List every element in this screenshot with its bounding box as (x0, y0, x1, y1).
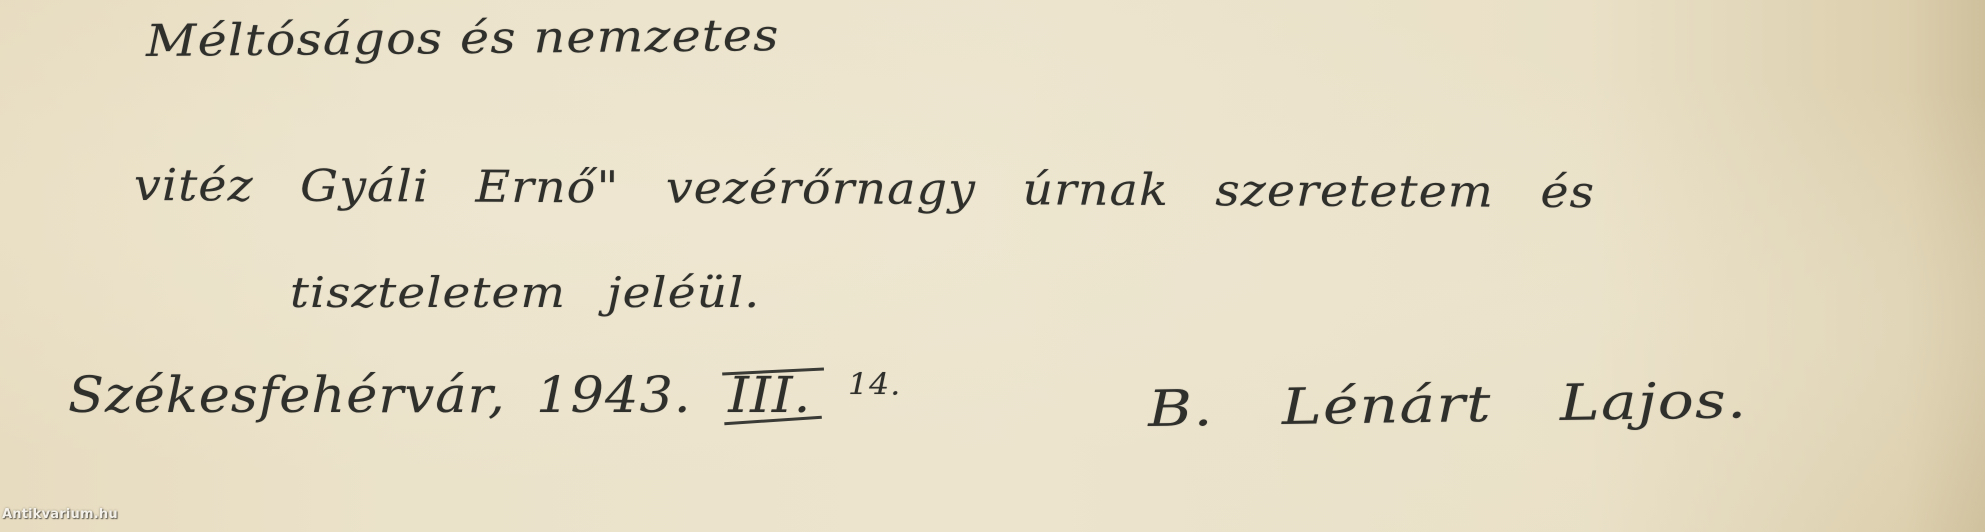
month-roman-numeral: III. (722, 366, 818, 424)
salutation-line: Méltóságos és nemzetes (146, 10, 780, 67)
watermark-logo: Antikvarium.hu (2, 507, 118, 522)
dedication-recipient-line: vitéz Gyáli Ernő" vezérőrnagy úrnak szer… (134, 160, 1595, 218)
year: 1943. (536, 366, 692, 424)
place-name: Székesfehérvár, (68, 366, 506, 424)
dedication-closing-line: tiszteletem jeléül. (290, 268, 760, 317)
place-date-line: Székesfehérvár, 1943. III. 14. (68, 366, 901, 424)
aged-paper-background (0, 0, 1985, 532)
day: 14. (848, 367, 901, 402)
author-signature: B. Lénárt Lajos. (1147, 371, 1747, 438)
